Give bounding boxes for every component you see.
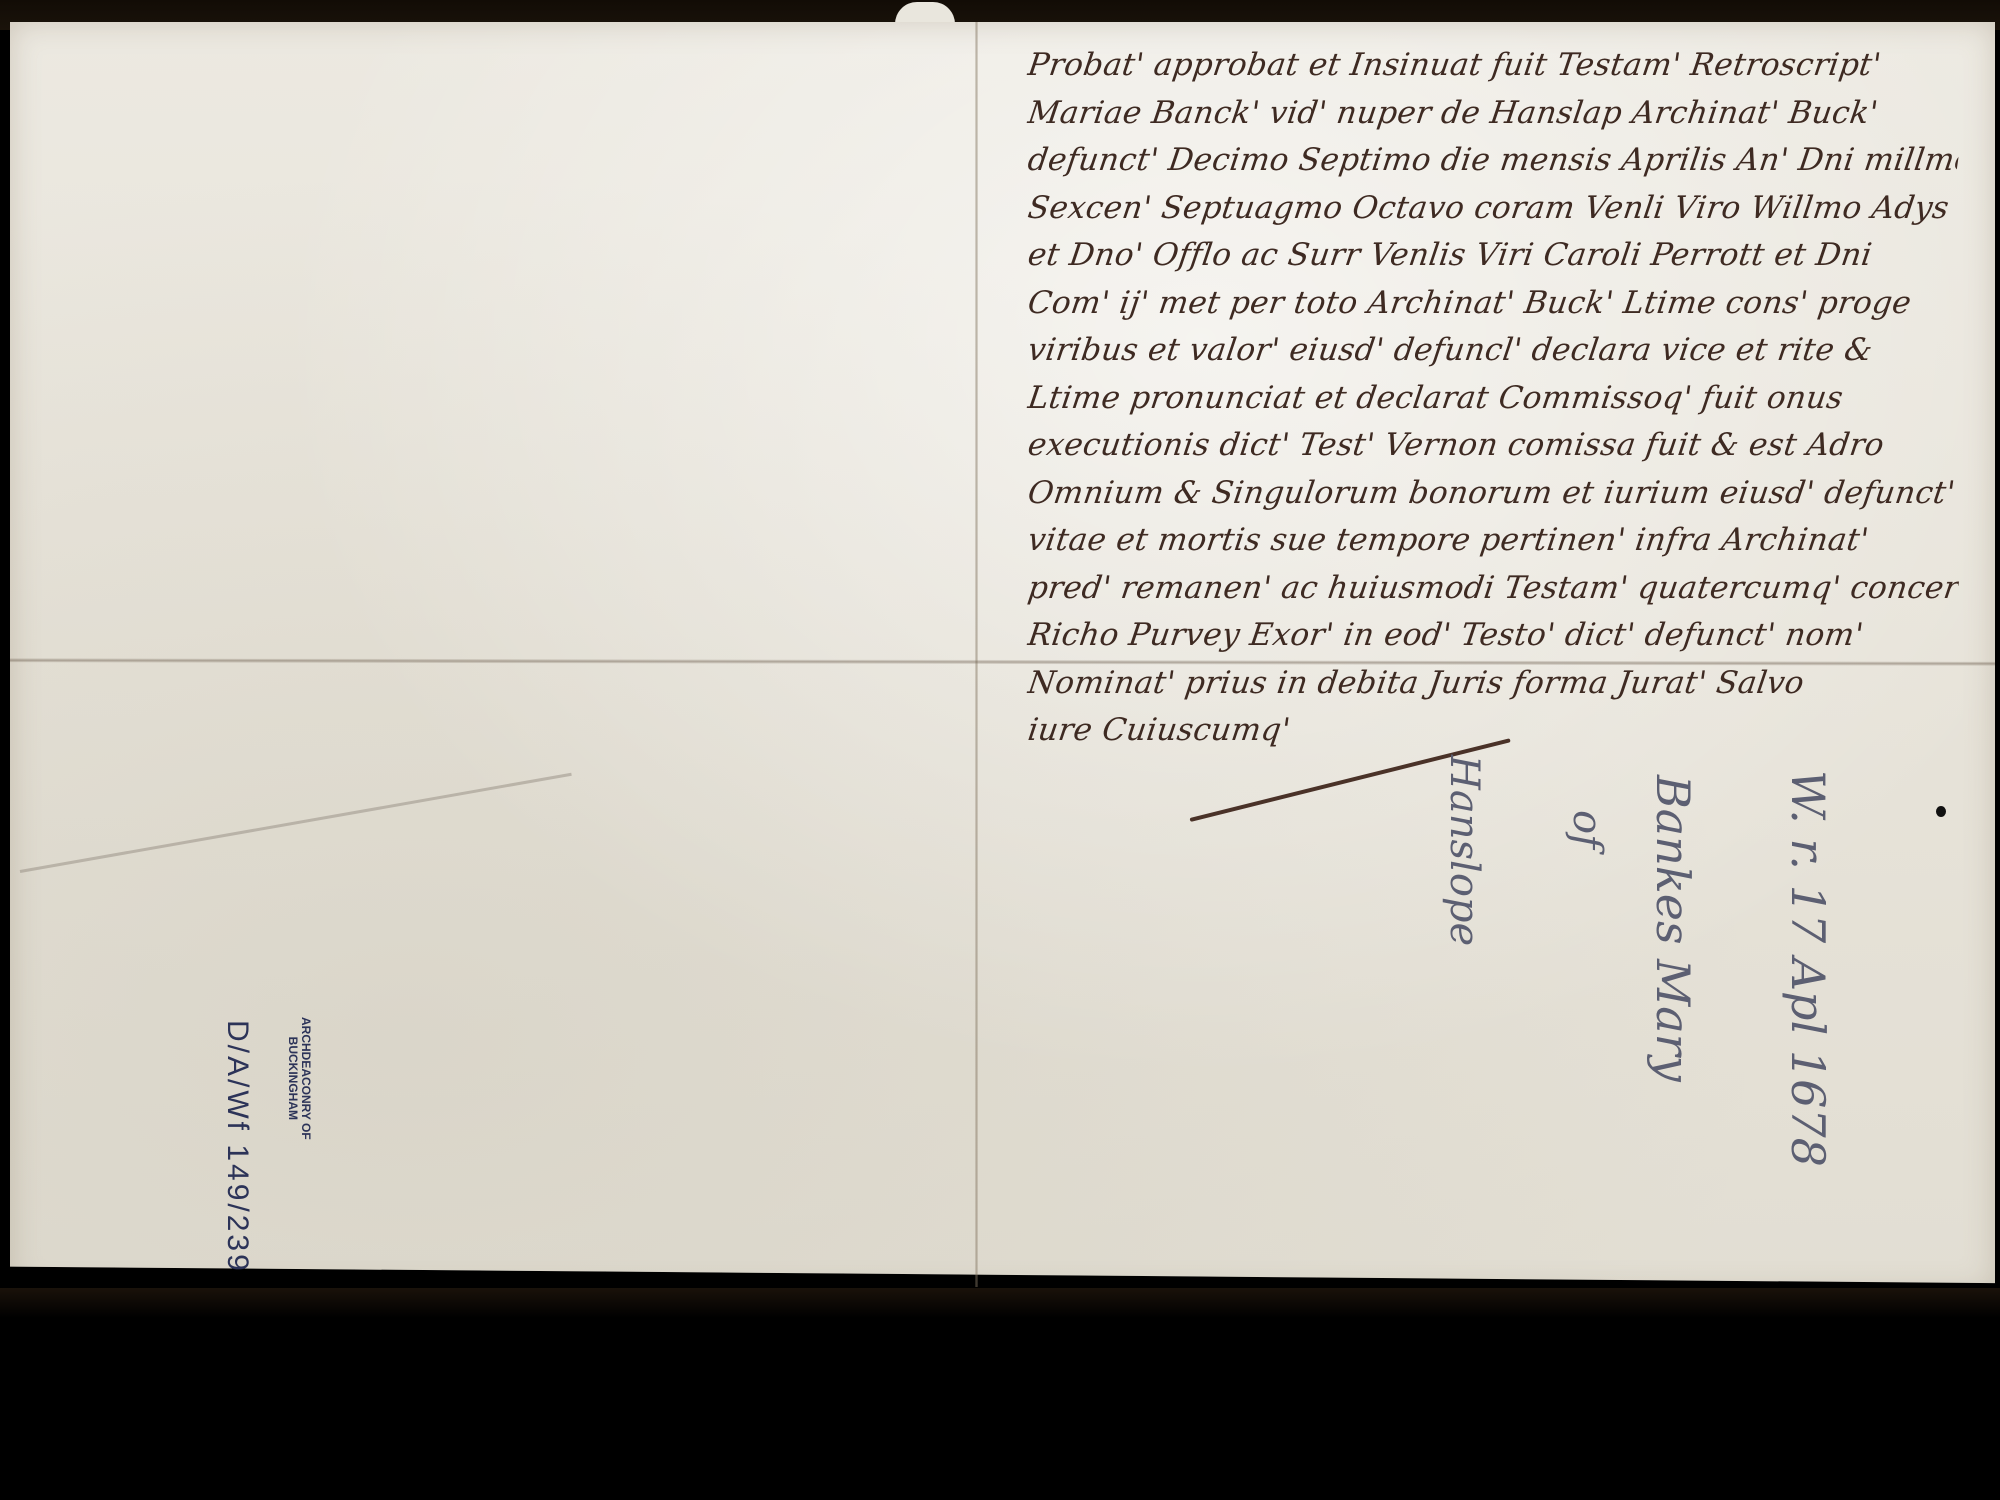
ink-dot — [1936, 806, 1946, 817]
pencil-of-annotation: of — [1564, 810, 1610, 849]
manuscript-line: vitae et mortis sue tempore pertinen' in… — [1025, 517, 1962, 565]
manuscript-line: Mariae Banck' vid' nuper de Hanslap Arch… — [1025, 90, 1962, 138]
manuscript-line: iure Cuiuscumq' — [1025, 707, 1962, 755]
archive-stamp: ARCHDEACONRY OF BUCKINGHAM — [286, 1017, 312, 1140]
bleed-through-text-bottom — [60, 700, 960, 748]
manuscript-line: Sexcen' Septuagmo Octavo coram Venli Vir… — [1025, 185, 1962, 233]
pencil-name-annotation: Bankes Mary — [1646, 775, 1700, 1082]
vertical-fold-crease — [975, 22, 978, 1287]
probate-manuscript-text: Probat' approbat et Insinuat fuit Testam… — [1028, 42, 1958, 755]
bottom-border — [0, 1288, 2000, 1318]
manuscript-line: Probat' approbat et Insinuat fuit Testam… — [1025, 42, 1962, 90]
document-photo: Probat' approbat et Insinuat fuit Testam… — [0, 0, 2000, 1500]
bleed-through-text-top — [60, 250, 960, 298]
manuscript-line: executionis dict' Test' Vernon comissa f… — [1025, 422, 1962, 470]
manuscript-line: et Dno' Offlo ac Surr Venlis Viri Caroli… — [1025, 232, 1962, 280]
manuscript-line: Richo Purvey Exor' in eod' Testo' dict' … — [1025, 612, 1962, 660]
manuscript-line: Nominat' prius in debita Juris forma Jur… — [1025, 660, 1962, 708]
pencil-place-annotation: Hanslope — [1441, 755, 1487, 946]
manuscript-line: Omnium & Singulorum bonorum et iurium ei… — [1025, 470, 1962, 518]
pencil-date-annotation: W. r. 17 Apl 1678 — [1781, 770, 1835, 1167]
manuscript-line: viribus et valor' eiusd' defuncl' declar… — [1025, 327, 1962, 375]
archive-stamp-line1: ARCHDEACONRY OF — [299, 1017, 312, 1140]
manuscript-line: Com' ij' met per toto Archinat' Buck' Lt… — [1025, 280, 1962, 328]
manuscript-line: pred' remanen' ac huiusmodi Testam' quat… — [1025, 565, 1962, 613]
manuscript-line: Ltime pronunciat et declarat Commissoq' … — [1025, 375, 1962, 423]
archive-stamp-line2: BUCKINGHAM — [286, 1017, 299, 1140]
reference-number-stamp: D/A/Wf 149/239 — [220, 1020, 254, 1274]
manuscript-line: defunct' Decimo Septimo die mensis April… — [1025, 137, 1962, 185]
